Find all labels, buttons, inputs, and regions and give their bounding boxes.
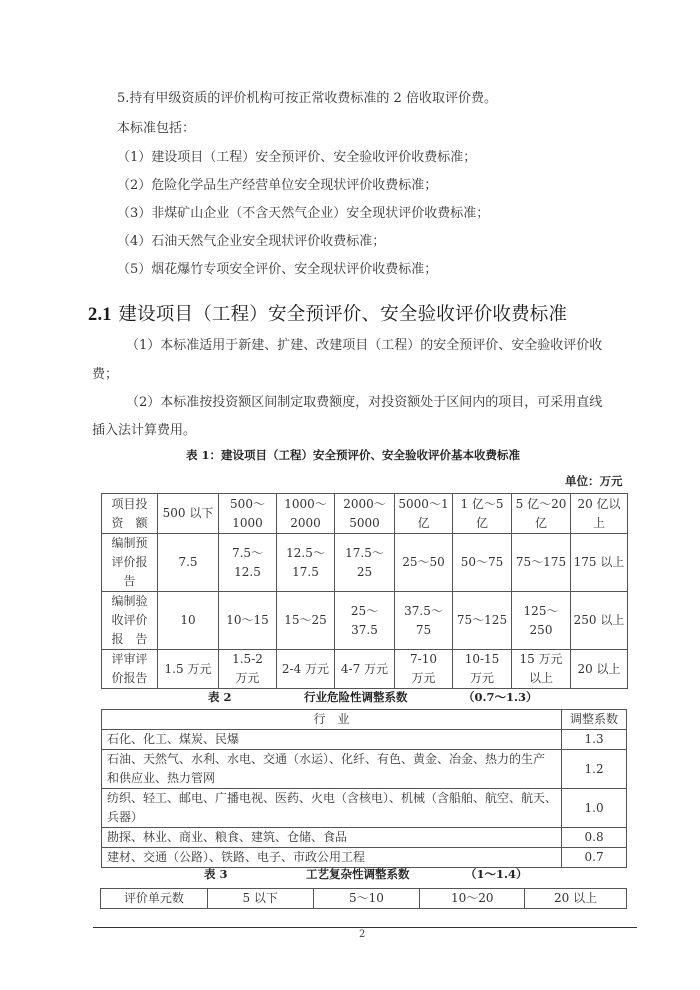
table-cell: 20 以上 bbox=[571, 650, 628, 689]
table1-caption: 表 1：建设项目（工程）安全预评价、安全验收评价基本收费标准 bbox=[186, 447, 520, 463]
table-row: 石油、天然气、水利、水电、交通（水运）、化纤、有色、黄金、冶金、热力的生产 和供… bbox=[102, 750, 627, 789]
table-row: 评审评 价报告 1.5 万元 1.5-2 万元 2-4 万元 4-7 万元 7-… bbox=[102, 650, 628, 689]
includes-label: 本标准包括： bbox=[117, 121, 195, 137]
table-cell: 20 亿以 上 bbox=[571, 494, 628, 534]
table-cell: 4-7 万元 bbox=[335, 650, 395, 689]
table-cell: 10 bbox=[158, 592, 219, 650]
table3-caption-range: （1～1.4） bbox=[465, 866, 528, 882]
table-cell: 评审评 价报告 bbox=[102, 650, 158, 689]
list-item: （2）危险化学品生产经营单位安全现状评价收费标准； bbox=[117, 178, 437, 194]
table-cell: 125～ 250 bbox=[512, 592, 571, 650]
list-item: （3）非煤矿山企业（不含天然气企业）安全现状评价收费标准； bbox=[117, 206, 489, 222]
section-number: 2.1 bbox=[88, 305, 112, 325]
section-title: 建设项目（工程）安全预评价、安全验收评价收费标准 bbox=[118, 304, 567, 325]
paragraph-1-line-1: （1）本标准适用于新建、扩建、改建项目（工程）的安全预评价、安全验收评价收 bbox=[126, 338, 602, 354]
table-cell: 纺织、轻工、邮电、广播电视、医药、火电（含核电）、机械（含船舶、航空、航天、 兵… bbox=[102, 789, 562, 828]
table-cell: 175 以上 bbox=[571, 534, 628, 592]
paragraph-1-line-2: 费； bbox=[92, 367, 118, 383]
table-row: 评价单元数 5 以下 5～10 10～20 20 以上 bbox=[101, 889, 627, 909]
table-cell: 勘探、林业、商业、粮食、建筑、仓储、食品 bbox=[102, 828, 562, 848]
table-cell: 建材、交通（公路）、铁路、电子、市政公用工程 bbox=[102, 848, 562, 868]
table1-unit: 单位：万元 bbox=[565, 473, 623, 489]
table-cell: 7.5～ 12.5 bbox=[219, 534, 277, 592]
paragraph-2-line-2: 插入法计算费用。 bbox=[92, 423, 196, 439]
table-cell: 25～50 bbox=[395, 534, 453, 592]
table-cell: 7-10 万元 bbox=[395, 650, 453, 689]
section-heading: 2.1 建设项目（工程）安全预评价、安全验收评价收费标准 bbox=[88, 300, 567, 326]
table-cell: 500～ 1000 bbox=[219, 494, 277, 534]
table-cell: 5～10 bbox=[313, 889, 420, 909]
table-row: 勘探、林业、商业、粮食、建筑、仓储、食品 0.8 bbox=[102, 828, 627, 848]
table-cell: 编制验 收评价 报 告 bbox=[102, 592, 158, 650]
table-cell: 2000～ 5000 bbox=[335, 494, 395, 534]
table-cell: 1.0 bbox=[562, 789, 627, 828]
table-cell: 37.5～ 75 bbox=[395, 592, 453, 650]
table-cell: 50～75 bbox=[453, 534, 512, 592]
table-cell: 75～125 bbox=[453, 592, 512, 650]
list-item: （5）烟花爆竹专项安全评价、安全现状评价收费标准； bbox=[117, 262, 437, 278]
table-cell: 0.8 bbox=[562, 828, 627, 848]
table-cell: 2-4 万元 bbox=[277, 650, 335, 689]
page-number: 2 bbox=[359, 929, 365, 940]
table-cell: 1.5 万元 bbox=[158, 650, 219, 689]
table-row: 纺织、轻工、邮电、广播电视、医药、火电（含核电）、机械（含船舶、航空、航天、 兵… bbox=[102, 789, 627, 828]
intro-item-5: 5.持有甲级资质的评价机构可按正常收费标准的 2 倍收取评价费。 bbox=[117, 91, 497, 107]
table-cell: 项目投 资 额 bbox=[102, 494, 158, 534]
table-cell: 10～15 bbox=[219, 592, 277, 650]
table-cell: 10～20 bbox=[420, 889, 525, 909]
table2-caption-range: （0.7～1.3） bbox=[463, 689, 538, 705]
table2-caption-label: 表 2 bbox=[208, 689, 232, 705]
table-cell: 编制预 评价报 告 bbox=[102, 534, 158, 592]
table3-caption-label: 表 3 bbox=[204, 866, 228, 882]
table-row: 编制预 评价报 告 7.5 7.5～ 12.5 12.5～ 17.5 17.5～… bbox=[102, 534, 628, 592]
table-row: 编制验 收评价 报 告 10 10～15 15～25 25～ 37.5 37.5… bbox=[102, 592, 628, 650]
list-item: （4）石油天然气企业安全现状评价收费标准； bbox=[117, 234, 385, 250]
table-cell: 1.5-2 万元 bbox=[219, 650, 277, 689]
table-cell: 石油、天然气、水利、水电、交通（水运）、化纤、有色、黄金、冶金、热力的生产 和供… bbox=[102, 750, 562, 789]
table-header-row: 行 业 调整系数 bbox=[102, 710, 627, 730]
fee-standard-table: 项目投 资 额 500 以下 500～ 1000 1000～ 2000 2000… bbox=[101, 493, 628, 689]
table-cell: 石化、化工、煤炭、民爆 bbox=[102, 730, 562, 750]
paragraph-2-line-1: （2）本标准按投资额区间制定取费额度，对投资额处于区间内的项目，可采用直线 bbox=[126, 395, 602, 411]
table-cell: 12.5～ 17.5 bbox=[277, 534, 335, 592]
table-cell: 5 以下 bbox=[207, 889, 313, 909]
table-cell: 15 万元 以上 bbox=[512, 650, 571, 689]
table3-caption-title: 工艺复杂性调整系数 bbox=[306, 866, 410, 882]
industry-risk-table: 行 业 调整系数 石化、化工、煤炭、民爆 1.3 石油、天然气、水利、水电、交通… bbox=[101, 709, 627, 868]
table-cell: 10-15 万元 bbox=[453, 650, 512, 689]
table-cell: 0.7 bbox=[562, 848, 627, 868]
table-cell: 评价单元数 bbox=[101, 889, 208, 909]
table-cell: 调整系数 bbox=[562, 710, 627, 730]
footer-divider bbox=[93, 927, 637, 928]
table-cell: 25～ 37.5 bbox=[335, 592, 395, 650]
table-header-row: 项目投 资 额 500 以下 500～ 1000 1000～ 2000 2000… bbox=[102, 494, 628, 534]
table-cell: 1 亿～5 亿 bbox=[453, 494, 512, 534]
table-cell: 行 业 bbox=[102, 710, 562, 730]
table-cell: 1.2 bbox=[562, 750, 627, 789]
table2-caption-title: 行业危险性调整系数 bbox=[304, 689, 408, 705]
process-complexity-table: 评价单元数 5 以下 5～10 10～20 20 以上 bbox=[100, 888, 627, 909]
table-cell: 20 以上 bbox=[525, 889, 627, 909]
table-cell: 250 以上 bbox=[571, 592, 628, 650]
table-cell: 1.3 bbox=[562, 730, 627, 750]
table-cell: 75～175 bbox=[512, 534, 571, 592]
table-cell: 1000～ 2000 bbox=[277, 494, 335, 534]
table-cell: 5000～1 亿 bbox=[395, 494, 453, 534]
table-cell: 5 亿～20 亿 bbox=[512, 494, 571, 534]
table-row: 建材、交通（公路）、铁路、电子、市政公用工程 0.7 bbox=[102, 848, 627, 868]
table-cell: 7.5 bbox=[158, 534, 219, 592]
table-row: 石化、化工、煤炭、民爆 1.3 bbox=[102, 730, 627, 750]
table-cell: 15～25 bbox=[277, 592, 335, 650]
table-cell: 500 以下 bbox=[158, 494, 219, 534]
list-item: （1）建设项目（工程）安全预评价、安全验收评价收费标准； bbox=[117, 150, 476, 166]
table-cell: 17.5～ 25 bbox=[335, 534, 395, 592]
